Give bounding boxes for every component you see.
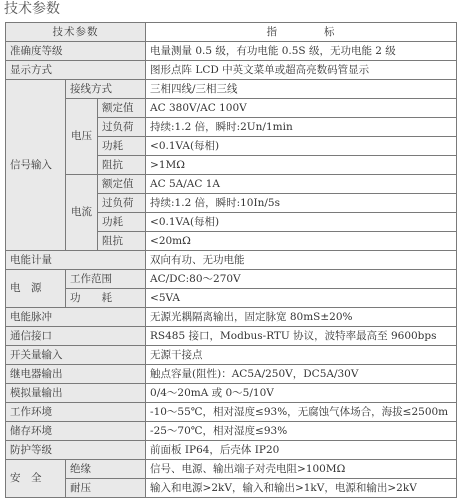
table-row: 电能脉冲 无源光耦隔离输出，固定脉宽 80mS±20%: [6, 308, 457, 327]
row-label-signal-input: 信号输入: [6, 80, 66, 251]
header-param: 技术参数: [6, 23, 146, 42]
table-row: 准确度等级 电量测量 0.5 级，有功电能 0.5S 级，无功电能 2 级: [6, 42, 457, 61]
row-value-power-range: AC/DC:80～270V: [146, 270, 457, 289]
row-value-display: 图形点阵 LCD 中英文菜单或超高亮数码管显示: [146, 61, 457, 80]
row-value-current-impedance: <20mΩ: [146, 232, 457, 251]
row-value-accuracy: 电量测量 0.5 级，有功电能 0.5S 级，无功电能 2 级: [146, 42, 457, 61]
row-label-voltage-overload: 过负荷: [98, 118, 146, 137]
row-label-pulse: 电能脉冲: [6, 308, 146, 327]
row-value-insulation: 信号、电源、输出端子对壳电阻>100MΩ: [146, 460, 457, 479]
table-row: 电 源 工作范围 AC/DC:80～270V: [6, 270, 457, 289]
table-row: 开关量输入 无源干接点: [6, 346, 457, 365]
row-label-current-impedance: 阻抗: [98, 232, 146, 251]
table-row: 信号输入 接线方式 三相四线/三相三线: [6, 80, 457, 99]
row-label-current-overload: 过负荷: [98, 194, 146, 213]
spec-table: 技术参数 指 标 准确度等级 电量测量 0.5 级，有功电能 0.5S 级，无功…: [5, 22, 457, 494]
row-label-comm: 通信接口: [6, 327, 146, 346]
row-value-pulse: 无源光耦隔离输出，固定脉宽 80mS±20%: [146, 308, 457, 327]
table-row: 电能计量 双向有功、无功电能: [6, 251, 457, 270]
row-label-current-rated: 额定值: [98, 175, 146, 194]
row-label-insulation: 绝缘: [66, 460, 146, 479]
row-value-voltage-rated: AC 380V/AC 100V: [146, 99, 457, 118]
row-label-switch-input: 开关量输入: [6, 346, 146, 365]
row-label-accuracy: 准确度等级: [6, 42, 146, 61]
table-row: 模拟量输出 0/4～20mA 或 0～5/10V: [6, 384, 457, 403]
row-value-voltage-overload: 持续:1.2 倍，瞬时:2Un/1min: [146, 118, 457, 137]
row-value-energy: 双向有功、无功电能: [146, 251, 457, 270]
row-label-current-power: 功耗: [98, 213, 146, 232]
table-row: 储存环境 -25～70℃，相对湿度≤93%: [6, 422, 457, 441]
table-row: 显示方式 图形点阵 LCD 中英文菜单或超高亮数码管显示: [6, 61, 457, 80]
row-label-safety: 安 全: [6, 460, 66, 495]
row-value-voltage-impedance: >1MΩ: [146, 156, 457, 175]
row-label-voltage-power: 功耗: [98, 137, 146, 156]
row-value-current-power: <0.1VA(每相): [146, 213, 457, 232]
row-value-voltage-power: <0.1VA(每相): [146, 137, 457, 156]
row-value-withstand: 输入和电源>2kV，输入和输出>1kV，电源和输出>2kV: [146, 479, 457, 495]
row-value-comm: RS485 接口，Modbus-RTU 协议，波特率最高至 9600bps: [146, 327, 457, 346]
row-value-protection: 前面板 IP64，后壳体 IP20: [146, 441, 457, 460]
header-value: 指 标: [146, 23, 457, 42]
row-value-relay: 触点容量(阻性)：AC5A/250V，DC5A/30V: [146, 365, 457, 384]
row-label-current: 电流: [66, 175, 98, 251]
table-row: 工作环境 -10～55℃，相对湿度≤93%，无腐蚀气体场合，海拔≤2500m: [6, 403, 457, 422]
table-row: 耐压 输入和电源>2kV，输入和输出>1kV，电源和输出>2kV: [6, 479, 457, 495]
row-label-power-supply: 电 源: [6, 270, 66, 308]
table-header-row: 技术参数 指 标: [6, 23, 457, 42]
page-title: 技术参数: [4, 0, 60, 18]
row-value-current-overload: 持续:1.2 倍，瞬时:10In/5s: [146, 194, 457, 213]
row-value-power-consumption: <5VA: [146, 289, 457, 308]
row-label-relay: 继电器输出: [6, 365, 146, 384]
table-row: 通信接口 RS485 接口，Modbus-RTU 协议，波特率最高至 9600b…: [6, 327, 457, 346]
table-row: 继电器输出 触点容量(阻性)：AC5A/250V，DC5A/30V: [6, 365, 457, 384]
row-value-switch-input: 无源干接点: [146, 346, 457, 365]
table-row: 防护等级 前面板 IP64，后壳体 IP20: [6, 441, 457, 460]
table-row: 电流 额定值 AC 5A/AC 1A: [6, 175, 457, 194]
row-label-voltage-rated: 额定值: [98, 99, 146, 118]
row-label-power-range: 工作范围: [66, 270, 146, 289]
row-value-wiring: 三相四线/三相三线: [146, 80, 457, 99]
row-label-storage-env: 储存环境: [6, 422, 146, 441]
row-label-wiring: 接线方式: [66, 80, 146, 99]
row-label-voltage-impedance: 阻抗: [98, 156, 146, 175]
table-row: 功 耗 <5VA: [6, 289, 457, 308]
row-label-analog: 模拟量输出: [6, 384, 146, 403]
row-label-power-consumption: 功 耗: [66, 289, 146, 308]
row-label-display: 显示方式: [6, 61, 146, 80]
row-label-protection: 防护等级: [6, 441, 146, 460]
row-value-analog: 0/4～20mA 或 0～5/10V: [146, 384, 457, 403]
row-label-voltage: 电压: [66, 99, 98, 175]
row-label-withstand: 耐压: [66, 479, 146, 495]
table-row: 电压 额定值 AC 380V/AC 100V: [6, 99, 457, 118]
table-row: 安 全 绝缘 信号、电源、输出端子对壳电阻>100MΩ: [6, 460, 457, 479]
row-value-storage-env: -25～70℃，相对湿度≤93%: [146, 422, 457, 441]
row-value-current-rated: AC 5A/AC 1A: [146, 175, 457, 194]
row-label-work-env: 工作环境: [6, 403, 146, 422]
row-value-work-env: -10～55℃，相对湿度≤93%，无腐蚀气体场合，海拔≤2500m: [146, 403, 457, 422]
row-label-energy: 电能计量: [6, 251, 146, 270]
